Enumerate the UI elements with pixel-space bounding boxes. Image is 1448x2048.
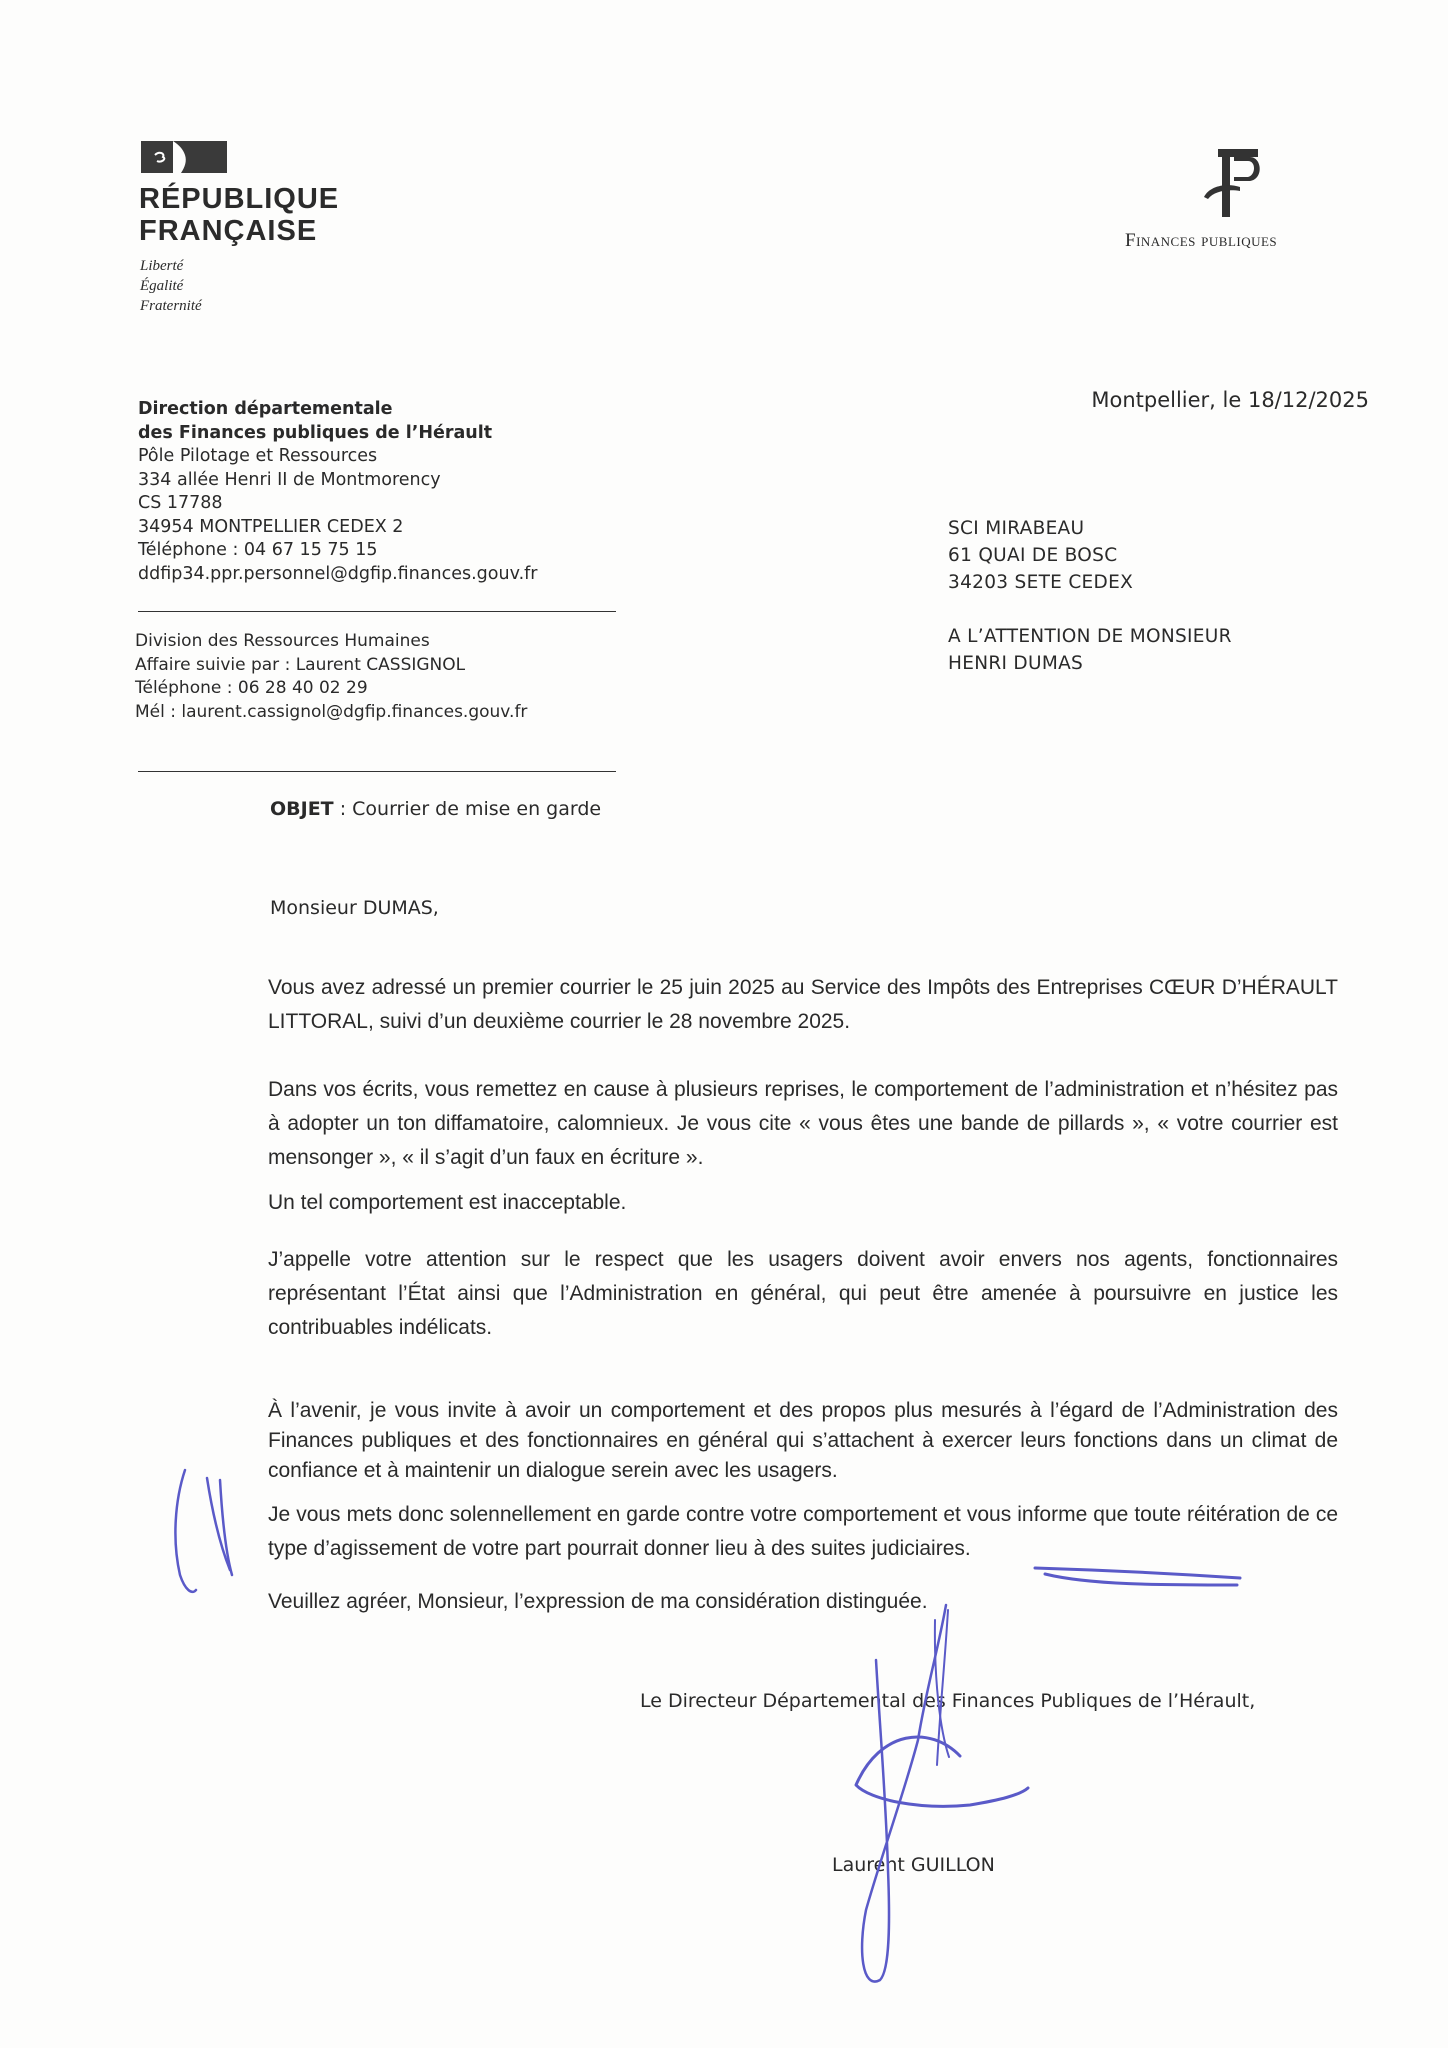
handwritten-signature-icon (856, 1737, 1028, 1806)
recipient-block: SCI MIRABEAU 61 QUAI DE BOSC 34203 SETE … (948, 515, 1133, 596)
sender-block: Direction départementale des Finances pu… (138, 398, 537, 586)
sender-service: Pôle Pilotage et Ressources (138, 445, 537, 469)
attention-line2: HENRI DUMAS (948, 650, 1232, 677)
body-paragraph: À l’avenir, je vous invite à avoir un co… (268, 1396, 1338, 1486)
recipient-city: 34203 SETE CEDEX (948, 569, 1133, 596)
contact-email: Mél : laurent.cassignol@dgfip.finances.g… (135, 701, 527, 725)
underline-mark-icon (1045, 1574, 1237, 1585)
margin-bracket-mark-icon (220, 1480, 232, 1575)
salutation: Monsieur DUMAS, (270, 897, 439, 919)
contact-phone: Téléphone : 06 28 40 02 29 (135, 677, 527, 701)
sender-email: ddfip34.ppr.personnel@dgfip.finances.gou… (138, 563, 537, 587)
motto-egalite: Égalité (140, 276, 202, 296)
contact-division: Division des Ressources Humaines (135, 630, 527, 654)
motto-fraternite: Fraternité (140, 296, 202, 316)
margin-bracket-mark-icon (175, 1470, 196, 1592)
contact-followed-by: Affaire suivie par : Laurent CASSIGNOL (135, 654, 527, 678)
handwritten-signature-icon (935, 1620, 949, 1757)
recipient-name: SCI MIRABEAU (948, 515, 1133, 542)
sender-cs: CS 17788 (138, 492, 537, 516)
subject-line: OBJET : Courrier de mise en garde (270, 798, 601, 820)
letter-date: Montpellier, le 18/12/2025 (1091, 388, 1369, 412)
fp-monogram-icon (1200, 145, 1270, 225)
subject-label: OBJET (270, 798, 334, 820)
divider (138, 771, 616, 772)
subject-text: : Courrier de mise en garde (334, 798, 601, 820)
recipient-address: 61 QUAI DE BOSC (948, 542, 1133, 569)
rf-line2: FRANÇAISE (139, 215, 339, 247)
signatory-title: Le Directeur Départemental des Finances … (640, 1690, 1255, 1712)
margin-bracket-mark-icon (207, 1478, 230, 1570)
republic-motto: Liberté Égalité Fraternité (140, 256, 202, 316)
motto-liberte: Liberté (140, 256, 202, 276)
sender-org-line2: des Finances publiques de l’Hérault (138, 422, 537, 446)
handwritten-signature-icon (862, 1605, 946, 1982)
finances-publiques-label: Finances publiques (1125, 230, 1277, 252)
sender-phone: Téléphone : 04 67 15 75 15 (138, 539, 537, 563)
marianne-logo-icon (141, 141, 227, 173)
attention-line1: A L’ATTENTION DE MONSIEUR (948, 623, 1232, 650)
republique-francaise-title: RÉPUBLIQUE FRANÇAISE (139, 183, 339, 247)
body-paragraph: Un tel comportement est inacceptable. (268, 1186, 1338, 1220)
underline-mark-icon (1035, 1568, 1240, 1578)
body-paragraph: Dans vos écrits, vous remettez en cause … (268, 1073, 1338, 1175)
sender-org-line1: Direction départementale (138, 398, 537, 422)
handwritten-signature-icon (937, 1610, 948, 1765)
body-paragraph-warning: Je vous mets donc solennellement en gard… (268, 1498, 1338, 1566)
contact-block: Division des Ressources Humaines Affaire… (135, 630, 527, 724)
sender-address: 334 allée Henri II de Montmorency (138, 469, 537, 493)
sender-city: 34954 MONTPELLIER CEDEX 2 (138, 516, 537, 540)
body-paragraph: Vous avez adressé un premier courrier le… (268, 971, 1338, 1039)
body-paragraph: J’appelle votre attention sur le respect… (268, 1243, 1338, 1345)
signatory-name: Laurent GUILLON (832, 1854, 995, 1876)
rf-line1: RÉPUBLIQUE (139, 183, 339, 215)
closing-formula: Veuillez agréer, Monsieur, l’expression … (268, 1585, 1338, 1619)
divider (138, 611, 616, 612)
attention-block: A L’ATTENTION DE MONSIEUR HENRI DUMAS (948, 623, 1232, 677)
